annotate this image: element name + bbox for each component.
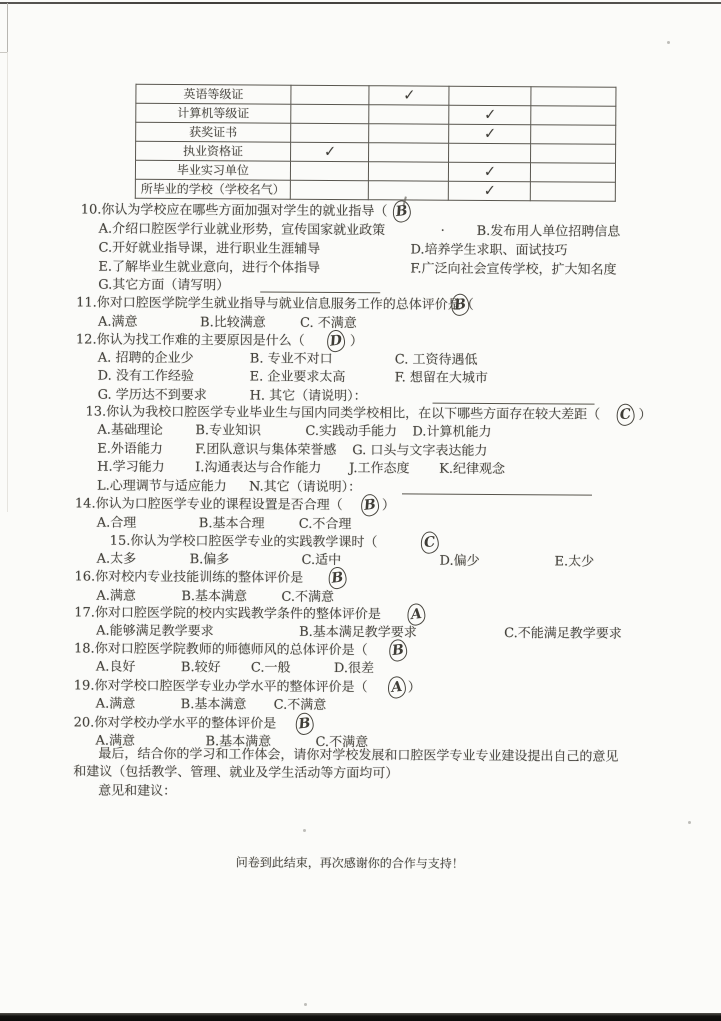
q17-options: A.能够满足教学要求	[96, 624, 214, 641]
scan-speck	[667, 41, 670, 44]
table-cell	[291, 85, 369, 104]
q10-options-ef: E.了解毕业生就业意向，进行个体指导	[98, 260, 320, 277]
handwritten-checkmark: ✓	[403, 86, 415, 105]
handwritten-checkmark: ✓	[484, 105, 496, 124]
q14-options: A.合理	[97, 516, 137, 532]
q13-options-2: F.团队意识与集体荣誉感	[195, 442, 336, 459]
q11-options: A.满意	[98, 315, 138, 331]
scanned-questionnaire-page: 英语等级证✓计算机等级证✓获奖证书✓执业资格证✓毕业实习单位✓所毕业的学校（学校…	[0, 0, 721, 1021]
table-cell	[369, 105, 449, 124]
q12-options-2: F. 想留在大城市	[395, 370, 488, 387]
table-cell	[449, 143, 531, 163]
q17-options: C.不能满足教学要求	[504, 626, 622, 643]
q10-options-ab: ·	[441, 224, 445, 240]
q12-options-1: A. 招聘的企业少	[98, 351, 194, 368]
q19-options: A.满意	[96, 697, 136, 713]
q11-options: B.比较满意	[200, 315, 266, 331]
table-cell	[291, 104, 369, 123]
q14-text: 14.你认为口腔医学专业的课程设置是否合理（	[75, 496, 343, 514]
certificate-table-grid: 英语等级证✓计算机等级证✓获奖证书✓执业资格证✓毕业实习单位✓所毕业的学校（学校…	[135, 84, 617, 202]
q13-options-3: K.纪律观念	[439, 462, 505, 478]
q10-option-g: G.其它方面（请写明）	[98, 278, 229, 295]
handwritten-checkmark: ✓	[323, 142, 335, 161]
q12-options-1: B. 专业不对口	[250, 351, 333, 368]
q12-text: ）	[350, 334, 363, 350]
q10-options-ef: F.广泛向社会宣传学校，扩大知名度	[410, 261, 616, 278]
table-cell	[291, 123, 369, 142]
table-cell	[531, 87, 616, 107]
table-cell: ✓	[369, 86, 449, 105]
q12-options-2: E. 企业要求太高	[250, 369, 346, 386]
q13-text: ）	[638, 408, 651, 424]
table-row: 所毕业的学校（学校名气）✓	[135, 179, 615, 201]
handwritten-checkmark: ✓	[483, 124, 495, 143]
scan-bottom-edge	[0, 1013, 721, 1021]
suggestions-label: 意见和建议：	[98, 784, 176, 800]
scan-speck	[303, 829, 306, 832]
answer-mark-q19: A	[387, 675, 407, 699]
table-row: 毕业实习单位✓	[135, 160, 615, 182]
q13-options-1: A.基础理论	[97, 423, 163, 439]
table-cell: ✓	[291, 142, 369, 161]
q14-options: B.基本合理	[199, 516, 265, 532]
table-row: 英语等级证✓	[136, 84, 616, 106]
q10-options-ab: A.介绍口腔医学行业就业形势，宣传国家就业政策	[99, 222, 386, 240]
q13-options-3: J.工作态度	[349, 461, 409, 477]
q13-options-1: D.计算机能力	[412, 424, 491, 440]
q18-options: B.较好	[181, 660, 221, 676]
q19-text: ）	[408, 680, 421, 696]
q10-options-cd: D.培养学生求职、面试技巧	[410, 242, 567, 259]
q17-text: 17.你对口腔医学院的校内实践教学条件的整体评价是	[74, 605, 381, 623]
certificate-table: 英语等级证✓计算机等级证✓获奖证书✓执业资格证✓毕业实习单位✓所毕业的学校（学校…	[135, 84, 617, 202]
q18-options: D.很差	[334, 661, 374, 677]
blank-underline-q13	[402, 493, 592, 495]
final-note-line-1: 最后，结合你的学习和工作体会，请你对学校发展和口腔医学专业专业建设提出自己的意见	[98, 747, 618, 766]
table-row-label: 所毕业的学校（学校名气）	[135, 179, 290, 199]
handwritten-checkmark: ✓	[483, 162, 495, 181]
q15-options: A.太多	[97, 552, 137, 568]
final-note-line-2: 和建议（包括教学、管理、就业及学生活动等方面均可）	[73, 764, 398, 782]
answer-mark-q13: C	[615, 403, 635, 427]
answer-mark-q15: C	[419, 531, 439, 555]
q11-options: C. 不满意	[300, 316, 357, 332]
q15-text: 15.你认为学校口腔医学专业的实践教学课时（	[110, 534, 378, 552]
table-cell	[530, 163, 615, 183]
q10-text: 10.你认为学校应在哪些方面加强对学生的就业指导（	[81, 202, 388, 220]
q13-options-1: C.实践动手能力	[305, 424, 397, 441]
q13-options-3: H.学习能力	[97, 460, 165, 476]
table-row: 执业资格证✓	[136, 141, 616, 163]
table-cell	[449, 86, 531, 106]
q18-text: 18.你对口腔医学院教师的师德师风的总体评价是（	[74, 641, 368, 659]
table-cell	[290, 180, 368, 199]
scan-left-edge-faint	[7, 52, 8, 512]
table-cell	[368, 181, 448, 200]
table-row: 获奖证书✓	[136, 122, 616, 144]
q13-options-3: I.沟通表达与合作能力	[195, 460, 321, 477]
scan-left-edge-line	[7, 3, 8, 52]
q12-options-3: H. 其它（请说明）：	[250, 388, 367, 405]
table-cell	[290, 161, 368, 180]
scan-left-edge-corner	[0, 52, 7, 53]
table-row-label: 毕业实习单位	[135, 160, 290, 180]
q19-text: 19.你对学校口腔医学专业办学水平的整体评价是（	[74, 678, 368, 696]
q16-options: C.不满意	[281, 590, 334, 606]
q13-options-4: L.心理调节与适应能力	[97, 479, 227, 496]
answer-mark-q12: D	[326, 329, 346, 353]
q12-options-3: G. 学历达不到要求	[98, 388, 207, 405]
q16-options: B.基本满意	[181, 589, 247, 605]
table-cell	[369, 124, 449, 143]
answer-mark-q20: B	[294, 712, 314, 736]
table-cell	[530, 182, 615, 202]
q14-options: C.不合理	[299, 517, 352, 533]
answer-mark-q17: A	[406, 603, 426, 627]
table-cell	[531, 144, 616, 164]
table-cell: ✓	[449, 105, 531, 125]
answer-mark-q16: B	[327, 566, 347, 590]
q16-text: 16.你对校内专业技能训练的整体评价是	[74, 569, 303, 586]
scan-speck	[304, 1003, 307, 1006]
scan-top-edge	[0, 2, 721, 4]
q13-text: 13.你认为我校口腔医学专业毕业生与国内同类学校相比，在以下哪些方面存在较大差距…	[85, 404, 600, 423]
answer-mark-q14: B	[360, 493, 380, 517]
q11-text: 11.你对口腔医学院学生就业指导与就业信息服务工作的总体评价是（	[76, 295, 474, 313]
table-cell: ✓	[449, 124, 531, 144]
table-row-label: 计算机等级证	[136, 103, 291, 123]
table-cell: ✓	[448, 162, 530, 182]
q14-text: ）	[382, 498, 395, 514]
table-row-label: 获奖证书	[136, 122, 291, 142]
table-cell	[531, 125, 616, 145]
blank-underline-q10	[260, 292, 380, 294]
q20-text: 20.你对学校办学水平的整体评价是	[74, 715, 277, 732]
q15-options: D.偏少	[440, 554, 480, 570]
questionnaire-content: 英语等级证✓计算机等级证✓获奖证书✓执业资格证✓毕业实习单位✓所毕业的学校（学校…	[0, 0, 721, 1021]
q12-options-1: C. 工资待遇低	[395, 352, 478, 369]
q13-options-1: B.专业知识	[195, 423, 261, 439]
q13-options-4: N.其它（请说明）：	[249, 479, 361, 496]
answer-mark-q10: B	[392, 199, 412, 223]
answer-mark-q18: B	[388, 638, 408, 662]
q19-options: C.不满意	[274, 698, 327, 714]
table-cell	[369, 143, 449, 162]
table-cell: ✓	[448, 181, 530, 201]
table-cell	[368, 162, 448, 181]
scan-speck	[688, 821, 691, 824]
table-row-label: 英语等级证	[136, 84, 291, 104]
q12-options-2: D. 没有工作经验	[98, 369, 194, 386]
q12-text: 12.你认为找工作难的主要原因是什么（	[76, 332, 305, 349]
closing-note: 问卷到此结束，再次感谢你的合作与支持！	[236, 854, 464, 871]
q18-options: A.良好	[96, 660, 136, 676]
q15-options: B.偏多	[190, 552, 230, 568]
q10-options-ab: B.发布用人单位招聘信息	[477, 224, 621, 241]
q13-options-2: G. 口头与文字表达能力	[352, 443, 487, 460]
q13-options-2: E.外语能力	[97, 442, 163, 458]
q18-options: C.一般	[251, 661, 291, 677]
table-row-label: 执业资格证	[136, 141, 291, 161]
q10-options-cd: C.开好就业指导课，进行职业生涯辅导	[98, 241, 320, 258]
handwritten-checkmark: ✓	[483, 181, 495, 200]
table-row: 计算机等级证✓	[136, 103, 616, 125]
table-cell	[531, 106, 616, 126]
q19-options: B.基本满意	[181, 697, 247, 713]
q16-options: A.满意	[96, 589, 136, 605]
blank-underline-q12	[433, 403, 595, 405]
q15-options: E.太少	[555, 554, 595, 570]
